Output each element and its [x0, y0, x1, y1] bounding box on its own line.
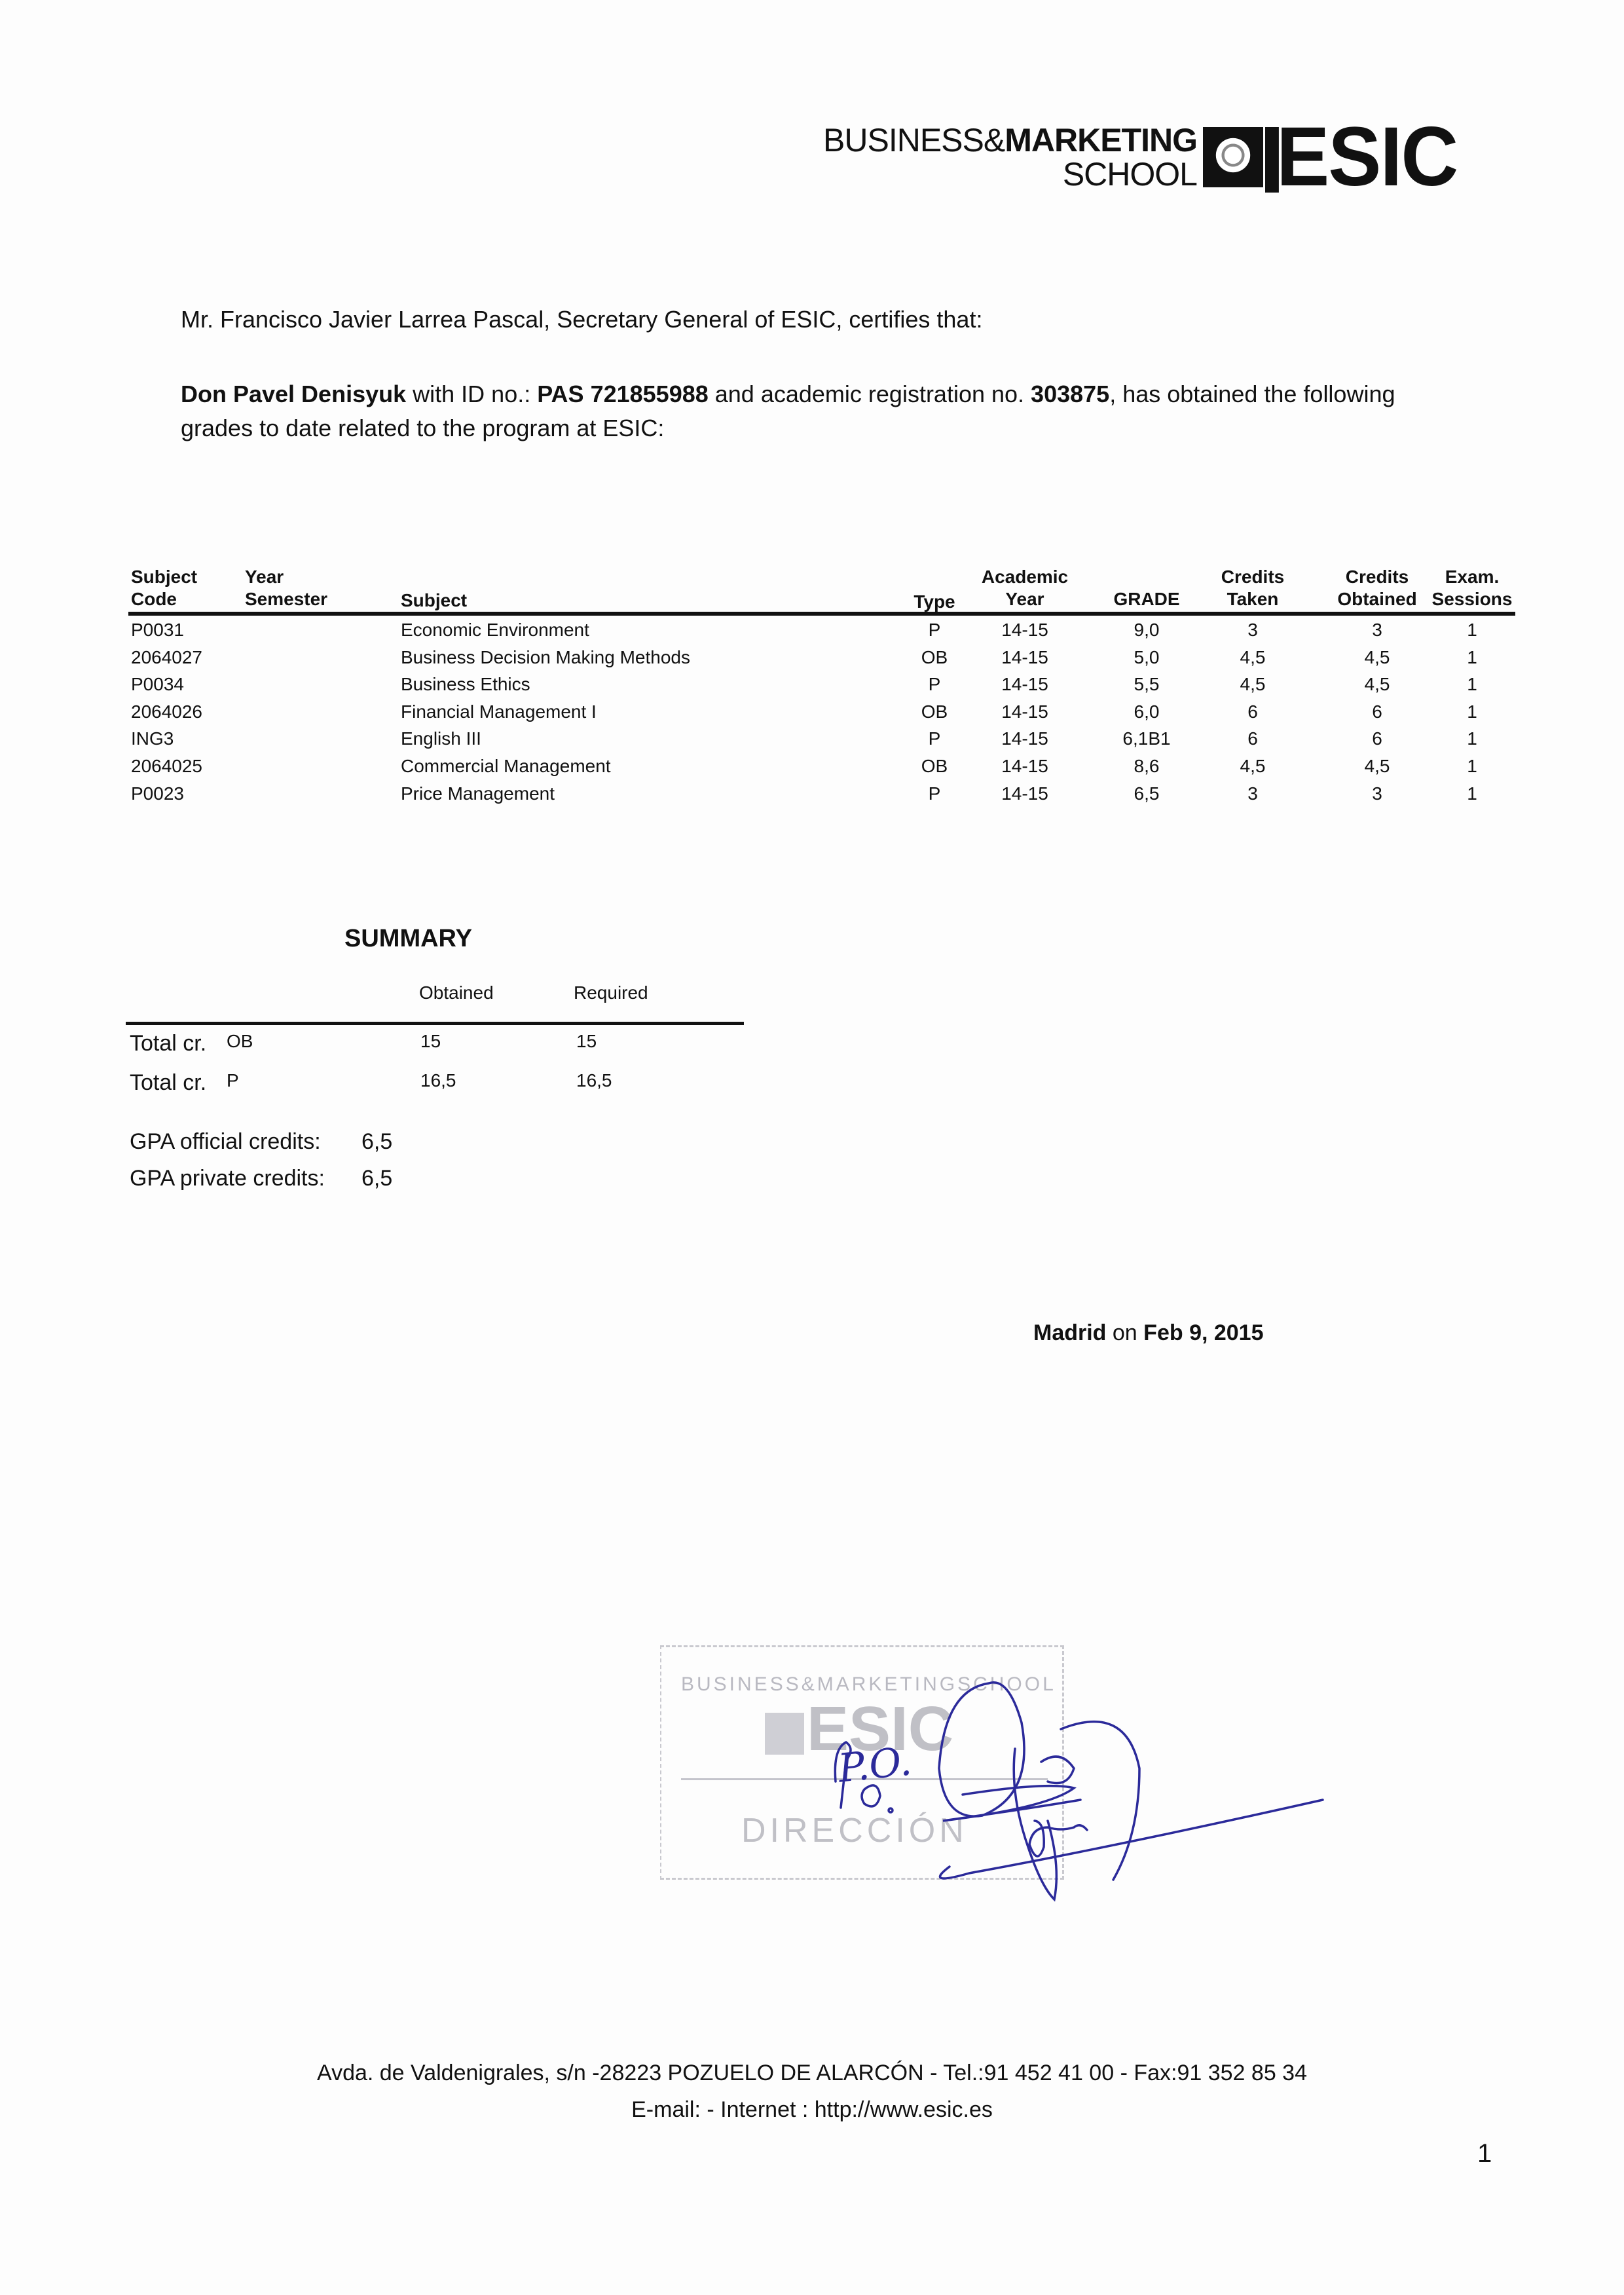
- table-row: 2064027Business Decision Making MethodsO…: [128, 643, 1515, 671]
- table-row: P0031Economic EnvironmentP14-159,0331: [128, 616, 1515, 643]
- credits-taken-cell: 6: [1210, 701, 1295, 722]
- gpa-official-value: 6,5: [361, 1129, 392, 1155]
- credits-obtained-cell: 3: [1328, 783, 1426, 804]
- table-row: P0034Business EthicsP14-155,54,54,51: [128, 670, 1515, 698]
- grades-table-body: P0031Economic EnvironmentP14-159,0331206…: [128, 616, 1515, 806]
- credits-taken-cell: 4,5: [1210, 674, 1295, 695]
- footer-contact: E-mail: - Internet : http://www.esic.es: [0, 2097, 1624, 2123]
- logo-brand: ESIC: [1265, 118, 1457, 196]
- subject-type-cell: OB: [912, 701, 957, 722]
- grades-table: SubjectCode YearSemester Subject Type Ac…: [128, 566, 1515, 806]
- gpa-official-label: GPA official credits:: [130, 1129, 321, 1155]
- logo-school: SCHOOL: [804, 157, 1197, 191]
- logo-wordmark: BUSINESS&MARKETING SCHOOL: [804, 123, 1197, 191]
- subject-type-cell: P: [912, 674, 957, 695]
- subject-name-cell: Price Management: [401, 783, 555, 804]
- credits-taken-cell: 6: [1210, 728, 1295, 749]
- grade-cell: 6,1B1: [1098, 728, 1196, 749]
- subject-name-cell: Business Decision Making Methods: [401, 647, 690, 668]
- grade-cell: 9,0: [1098, 620, 1196, 641]
- page-number: 1: [1477, 2139, 1492, 2169]
- stamp-po: P.O.: [836, 1738, 914, 1791]
- academic-year-cell: 14-15: [976, 783, 1074, 804]
- credits-taken-cell: 4,5: [1210, 756, 1295, 777]
- subject-code-cell: 2064027: [131, 647, 202, 668]
- exam-sessions-cell: 1: [1429, 620, 1515, 641]
- subject-name-cell: Business Ethics: [401, 674, 530, 695]
- credits-obtained-cell: 3: [1328, 620, 1426, 641]
- summary-row-obtained: 16,5: [420, 1070, 456, 1091]
- academic-year-cell: 14-15: [976, 674, 1074, 695]
- subject-type-cell: P: [912, 728, 957, 749]
- summary-title: SUMMARY: [344, 925, 472, 953]
- subject-type-cell: OB: [912, 647, 957, 668]
- exam-sessions-cell: 1: [1429, 647, 1515, 668]
- credits-obtained-cell: 6: [1328, 701, 1426, 722]
- subject-code-cell: P0034: [131, 674, 184, 695]
- grade-cell: 5,5: [1098, 674, 1196, 695]
- exam-sessions-cell: 1: [1429, 783, 1515, 804]
- summary-rule: [126, 1022, 744, 1025]
- grade-cell: 6,0: [1098, 701, 1196, 722]
- credits-obtained-cell: 4,5: [1328, 756, 1426, 777]
- credits-taken-cell: 4,5: [1210, 647, 1295, 668]
- registration-number: 303875: [1031, 381, 1109, 407]
- footer-address: Avda. de Valdenigrales, s/n -28223 POZUE…: [0, 2061, 1624, 2086]
- gpa-private-label: GPA private credits:: [130, 1166, 325, 1191]
- subject-type-cell: P: [912, 620, 957, 641]
- summary-row-label: Total cr.: [130, 1070, 206, 1096]
- credits-obtained-cell: 4,5: [1328, 674, 1426, 695]
- subject-code-cell: P0031: [131, 620, 184, 641]
- subject-name-cell: Financial Management I: [401, 701, 597, 722]
- academic-year-cell: 14-15: [976, 701, 1074, 722]
- summary-row-required: 15: [576, 1031, 597, 1052]
- academic-year-cell: 14-15: [976, 620, 1074, 641]
- subject-code-cell: P0023: [131, 783, 184, 804]
- logo-business: BUSINESS&: [823, 122, 1005, 159]
- subject-name-cell: English III: [401, 728, 481, 749]
- summary-row-obtained: 15: [420, 1031, 441, 1052]
- grade-cell: 8,6: [1098, 756, 1196, 777]
- credits-obtained-cell: 4,5: [1328, 647, 1426, 668]
- summary-row-label: Total cr.: [130, 1031, 206, 1056]
- subject-code-cell: 2064025: [131, 756, 202, 777]
- gpa-private-value: 6,5: [361, 1166, 392, 1191]
- subject-code-cell: ING3: [131, 728, 174, 749]
- exam-sessions-cell: 1: [1429, 756, 1515, 777]
- subject-code-cell: 2064026: [131, 701, 202, 722]
- academic-year-cell: 14-15: [976, 647, 1074, 668]
- academic-year-cell: 14-15: [976, 756, 1074, 777]
- exam-sessions-cell: 1: [1429, 701, 1515, 722]
- grade-cell: 5,0: [1098, 647, 1196, 668]
- subject-name-cell: Commercial Management: [401, 756, 611, 777]
- credits-taken-cell: 3: [1210, 620, 1295, 641]
- grades-table-header: SubjectCode YearSemester Subject Type Ac…: [128, 566, 1515, 610]
- academic-year-cell: 14-15: [976, 728, 1074, 749]
- summary-col-obtained: Obtained: [419, 982, 494, 1003]
- student-id: PAS 721855988: [537, 381, 709, 407]
- table-row: ING3English IIIP14-156,1B1661: [128, 724, 1515, 752]
- exam-sessions-cell: 1: [1429, 728, 1515, 749]
- certification-intro: Mr. Francisco Javier Larrea Pascal, Secr…: [181, 303, 982, 337]
- subject-type-cell: P: [912, 783, 957, 804]
- summary-row-required: 16,5: [576, 1070, 612, 1091]
- summary-row-type: P: [227, 1070, 239, 1091]
- summary-col-required: Required: [574, 982, 648, 1003]
- grade-cell: 6,5: [1098, 783, 1196, 804]
- table-row: 2064025Commercial ManagementOB14-158,64,…: [128, 752, 1515, 779]
- subject-type-cell: OB: [912, 756, 957, 777]
- summary-row-type: OB: [227, 1031, 253, 1052]
- logo-marketing: MARKETING: [1005, 122, 1197, 159]
- table-row: 2064026Financial Management IOB14-156,06…: [128, 698, 1515, 725]
- credits-taken-cell: 3: [1210, 783, 1295, 804]
- credits-obtained-cell: 6: [1328, 728, 1426, 749]
- issue-date: Madrid on Feb 9, 2015: [1033, 1320, 1264, 1346]
- student-name: Don Pavel Denisyuk: [181, 381, 406, 407]
- exam-sessions-cell: 1: [1429, 674, 1515, 695]
- certification-statement: Don Pavel Denisyuk with ID no.: PAS 7218…: [181, 377, 1490, 445]
- crest-icon: [1203, 127, 1263, 187]
- subject-name-cell: Economic Environment: [401, 620, 589, 641]
- table-row: P0023Price ManagementP14-156,5331: [128, 779, 1515, 807]
